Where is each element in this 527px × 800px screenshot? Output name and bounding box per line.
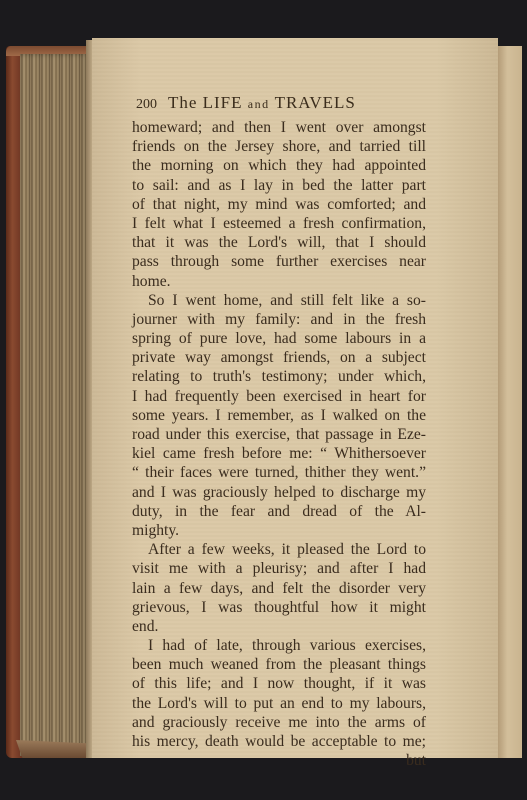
text-line: relating to truth's testimony; under whi… [132,367,426,386]
text-line: some years. I remember, as I walked on t… [132,406,426,425]
running-head-life: LIFE [203,93,243,112]
text-line: friends on the Jersey shore, and tarried… [132,137,426,156]
text-line: duty, in the fear and dread of the Al- [132,502,426,521]
text-line: journer with my family: and in the fresh [132,310,426,329]
text-line: of that night, my mind was comforted; an… [132,195,426,214]
book-page: 200 The LIFE and TRAVELS homeward; and t… [92,38,498,758]
text-line: and I was graciously helped to discharge… [132,483,426,502]
text-line: to sail: and as I lay in bed the latter … [132,176,426,195]
text-line: visit me with a pleurisy; and after I ha… [132,559,426,578]
text-line: kiel came fresh before me: “ Whithersoev… [132,444,426,463]
text-line: been much weaned from the pleasant thing… [132,655,426,674]
text-line: I had frequently been exercised in heart… [132,387,426,406]
page-edge-right [497,46,522,758]
text-line: mighty. [132,521,426,540]
text-line: spring of pure love, had some labours in… [132,329,426,348]
text-line: I had of late, through various exercises… [132,636,426,655]
text-line: grievous, I was thoughtful how it might [132,598,426,617]
text-line: I felt what I esteemed a fresh confirmat… [132,214,426,233]
text-line: that it was the Lord's will, that I shou… [132,233,426,252]
text-line: of this life; and I now thought, if it w… [132,674,426,693]
running-head: 200 The LIFE and TRAVELS [136,93,466,113]
running-head-the: The [168,93,197,112]
text-line: his mercy, death would be acceptable to … [132,732,426,751]
catchword: but [132,751,426,770]
text-line: and graciously receive me into the arms … [132,713,426,732]
page-number: 200 [136,97,157,112]
text-line: end. [132,617,426,636]
page-stack-left [20,54,90,756]
running-head-and: and [248,97,270,111]
text-line: So I went home, and still felt like a so… [132,291,426,310]
text-line: homeward; and then I went over amongst [132,118,426,137]
text-line: “ their faces were turned, thither they … [132,463,426,482]
text-line: home. [132,272,426,291]
text-line: the Lord's will to put an end to my labo… [132,694,426,713]
body-text: homeward; and then I went over amongst f… [132,118,426,770]
text-line: road under this exercise, that passage i… [132,425,426,444]
text-line: After a few weeks, it pleased the Lord t… [132,540,426,559]
text-line: lain a few days, and felt the disorder v… [132,579,426,598]
running-head-travels: TRAVELS [275,93,356,112]
text-line: pass through some further exercises near [132,252,426,271]
text-line: private way amongst friends, on a subjec… [132,348,426,367]
text-line: the morning on which they had appointed [132,156,426,175]
